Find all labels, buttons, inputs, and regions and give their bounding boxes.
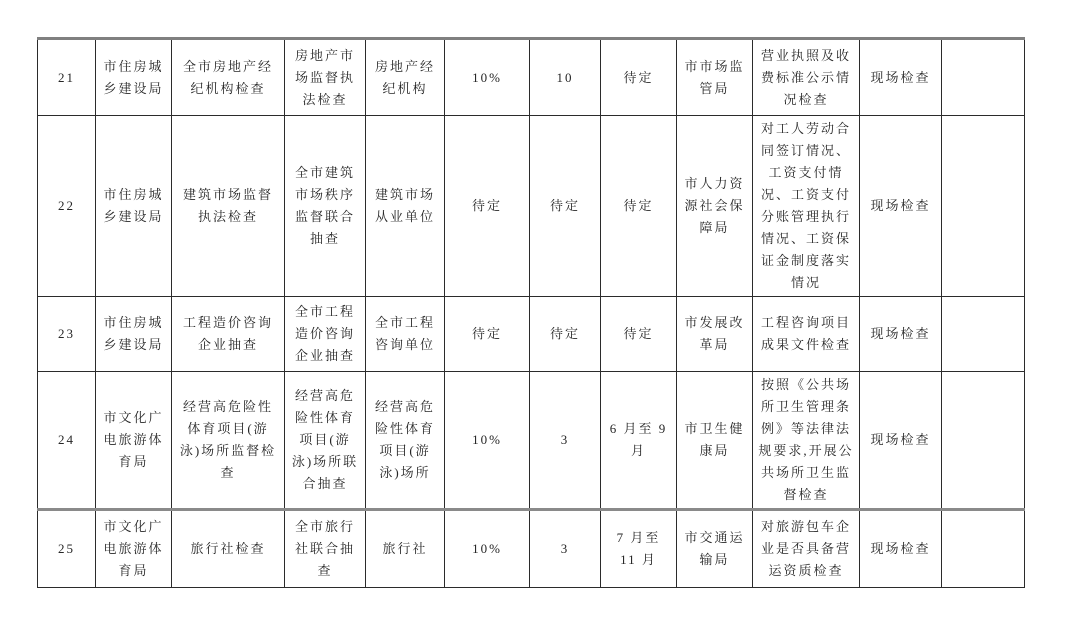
cell-count: 3: [530, 510, 601, 588]
cell-partner-department: 市人力资源社会保障局: [677, 116, 753, 297]
cell-target: 全市工程咨询单位: [366, 297, 445, 372]
cell-content: 按照《公共场所卫生管理条例》等法律法规要求,开展公共场所卫生监督检查: [753, 372, 860, 510]
cell-joint-task-name: 全市工程造价咨询企业抽查: [285, 297, 366, 372]
cell-partner-department: 市交通运输局: [677, 510, 753, 588]
cell-department: 市住房城乡建设局: [96, 297, 172, 372]
cell-joint-task-name: 经营高危险性体育项目(游泳)场所联合抽查: [285, 372, 366, 510]
cell-ratio: 待定: [445, 297, 530, 372]
cell-task-name: 旅行社检查: [172, 510, 285, 588]
cell-time: 6 月至 9 月: [601, 372, 677, 510]
cell-department: 市文化广电旅游体育局: [96, 372, 172, 510]
cell-time: 待定: [601, 39, 677, 116]
cell-content: 工程咨询项目成果文件检查: [753, 297, 860, 372]
cell-time: 待定: [601, 116, 677, 297]
cell-partner-department: 市市场监管局: [677, 39, 753, 116]
cell-department: 市住房城乡建设局: [96, 116, 172, 297]
cell-joint-task-name: 全市建筑市场秩序监督联合抽查: [285, 116, 366, 297]
cell-ratio: 10%: [445, 510, 530, 588]
cell-time: 待定: [601, 297, 677, 372]
cell-ratio: 待定: [445, 116, 530, 297]
cell-seq: 24: [38, 372, 96, 510]
cell-target: 旅行社: [366, 510, 445, 588]
cell-target: 建筑市场从业单位: [366, 116, 445, 297]
table-row-23: 23 市住房城乡建设局 工程造价咨询企业抽查 全市工程造价咨询企业抽查 全市工程…: [38, 297, 1025, 372]
cell-seq: 25: [38, 510, 96, 588]
cell-target: 房地产经纪机构: [366, 39, 445, 116]
cell-method: 现场检查: [860, 372, 942, 510]
cell-joint-task-name: 房地产市场监督执法检查: [285, 39, 366, 116]
cell-department: 市文化广电旅游体育局: [96, 510, 172, 588]
cell-remark: [942, 510, 1025, 588]
document-page: 21 市住房城乡建设局 全市房地产经纪机构检查 房地产市场监督执法检查 房地产经…: [0, 0, 1078, 623]
table-row-22: 22 市住房城乡建设局 建筑市场监督执法检查 全市建筑市场秩序监督联合抽查 建筑…: [38, 116, 1025, 297]
cell-seq: 23: [38, 297, 96, 372]
inspection-plan-table: 21 市住房城乡建设局 全市房地产经纪机构检查 房地产市场监督执法检查 房地产经…: [37, 37, 1025, 588]
cell-method: 现场检查: [860, 116, 942, 297]
cell-task-name: 建筑市场监督执法检查: [172, 116, 285, 297]
cell-task-name: 工程造价咨询企业抽查: [172, 297, 285, 372]
cell-remark: [942, 372, 1025, 510]
cell-remark: [942, 39, 1025, 116]
cell-remark: [942, 297, 1025, 372]
cell-target: 经营高危险性体育项目(游泳)场所: [366, 372, 445, 510]
cell-content: 营业执照及收费标准公示情况检查: [753, 39, 860, 116]
cell-time: 7 月至 11 月: [601, 510, 677, 588]
cell-method: 现场检查: [860, 39, 942, 116]
cell-count: 3: [530, 372, 601, 510]
cell-ratio: 10%: [445, 372, 530, 510]
table-row-25: 25 市文化广电旅游体育局 旅行社检查 全市旅行社联合抽查 旅行社 10% 3 …: [38, 510, 1025, 588]
cell-department: 市住房城乡建设局: [96, 39, 172, 116]
cell-partner-department: 市卫生健康局: [677, 372, 753, 510]
cell-task-name: 经营高危险性体育项目(游泳)场所监督检查: [172, 372, 285, 510]
table-row-21: 21 市住房城乡建设局 全市房地产经纪机构检查 房地产市场监督执法检查 房地产经…: [38, 39, 1025, 116]
cell-joint-task-name: 全市旅行社联合抽查: [285, 510, 366, 588]
cell-ratio: 10%: [445, 39, 530, 116]
cell-content: 对旅游包车企业是否具备营运资质检查: [753, 510, 860, 588]
table-row-24: 24 市文化广电旅游体育局 经营高危险性体育项目(游泳)场所监督检查 经营高危险…: [38, 372, 1025, 510]
cell-method: 现场检查: [860, 297, 942, 372]
cell-count: 待定: [530, 116, 601, 297]
cell-method: 现场检查: [860, 510, 942, 588]
cell-task-name: 全市房地产经纪机构检查: [172, 39, 285, 116]
cell-count: 待定: [530, 297, 601, 372]
cell-seq: 21: [38, 39, 96, 116]
cell-seq: 22: [38, 116, 96, 297]
cell-partner-department: 市发展改革局: [677, 297, 753, 372]
cell-remark: [942, 116, 1025, 297]
cell-content: 对工人劳动合同签订情况、工资支付情况、工资支付分账管理执行情况、工资保证金制度落…: [753, 116, 860, 297]
cell-count: 10: [530, 39, 601, 116]
